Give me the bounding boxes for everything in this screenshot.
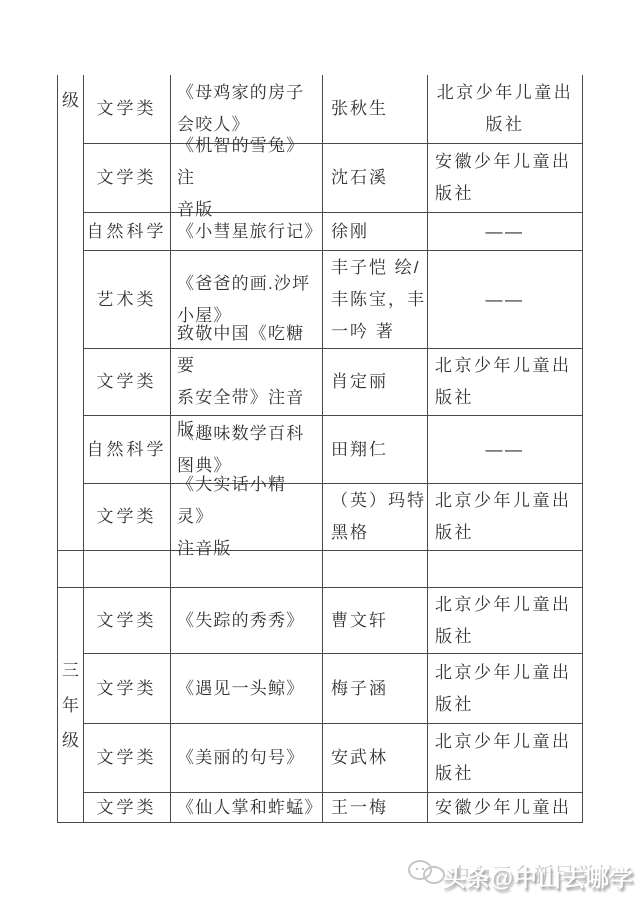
category-cell: 艺术类 xyxy=(84,251,169,348)
publisher-cell: 北京少年儿童出 版社 xyxy=(428,654,582,723)
category-cell: 文学类 xyxy=(84,144,169,212)
publisher-cell: 北京少年儿童出 版社 xyxy=(428,75,582,143)
title-cell: 《失踪的秀秀》 xyxy=(171,588,321,653)
publisher-cell: 安徽少年儿童出 xyxy=(428,793,582,822)
author-cell: 张秋生 xyxy=(323,75,426,143)
author-cell: 王一梅 xyxy=(323,793,426,822)
title-cell-empty xyxy=(171,551,321,587)
author-cell: 田翔仁 xyxy=(323,416,426,483)
category-cell: 文学类 xyxy=(84,588,169,653)
toutiao-watermark-text: 头条@中山去哪学 xyxy=(443,860,634,893)
category-cell-empty xyxy=(84,551,169,587)
chat-bubbles-icon xyxy=(406,858,446,888)
publisher-cell: —— xyxy=(428,251,582,348)
publisher-cell: 北京少年儿童出 版社 xyxy=(428,724,582,792)
title-cell: 《美丽的句号》 xyxy=(171,724,321,792)
author-cell: 沈石溪 xyxy=(323,144,426,212)
category-cell: 文学类 xyxy=(84,793,169,822)
category-cell: 文学类 xyxy=(84,349,169,415)
publisher-cell: 北京少年儿童出 版社 xyxy=(428,484,582,550)
author-cell: （英）玛特 黑格 xyxy=(323,484,426,550)
publisher-cell: —— xyxy=(428,213,582,250)
watermark-area: 中山三乡新民学校 头条@中山去哪学 xyxy=(0,845,640,905)
title-cell: 《小彗星旅行记》 xyxy=(171,213,321,250)
publisher-cell: 安徽少年儿童出 版社 xyxy=(428,144,582,212)
document-page: { "colors": { "table_border": "#4a4a4a",… xyxy=(0,0,640,905)
grade-cell-grade3: 三年级 xyxy=(58,588,83,822)
author-cell: 梅子涵 xyxy=(323,654,426,723)
category-cell: 文学类 xyxy=(84,724,169,792)
author-cell: 徐刚 xyxy=(323,213,426,250)
publisher-cell: —— xyxy=(428,416,582,483)
author-cell: 安武林 xyxy=(323,724,426,792)
reading-list-table: 级 三年级 文学类 《母鸡家的房子 会咬人》 张秋生 北京少年儿童出 版社 文学… xyxy=(57,75,583,823)
category-cell: 自然科学 xyxy=(84,416,169,483)
author-cell-empty xyxy=(323,551,426,587)
title-cell: 《大实话小精灵》 注音版 xyxy=(171,484,321,550)
author-cell: 曹文轩 xyxy=(323,588,426,653)
grade-cell-partial: 级 xyxy=(58,75,83,549)
publisher-cell: 北京少年儿童出 版社 xyxy=(428,349,582,415)
author-cell: 丰子恺 绘/ 丰陈宝，丰 一吟 著 xyxy=(323,251,426,348)
category-cell: 自然科学 xyxy=(84,213,169,250)
category-cell: 文学类 xyxy=(84,484,169,550)
category-cell: 文学类 xyxy=(84,654,169,723)
category-cell: 文学类 xyxy=(84,75,169,143)
grid-line xyxy=(582,75,583,823)
title-cell: 《机智的雪兔》注 音版 xyxy=(171,144,321,212)
title-cell: 致敬中国《吃糖要 系安全带》注音版 xyxy=(171,349,321,415)
author-cell: 肖定丽 xyxy=(323,349,426,415)
publisher-cell-empty xyxy=(428,551,582,587)
publisher-cell: 北京少年儿童出 版社 xyxy=(428,588,582,653)
title-cell: 《遇见一头鲸》 xyxy=(171,654,321,723)
title-cell: 《仙人掌和蚱蜢》 xyxy=(171,793,321,822)
